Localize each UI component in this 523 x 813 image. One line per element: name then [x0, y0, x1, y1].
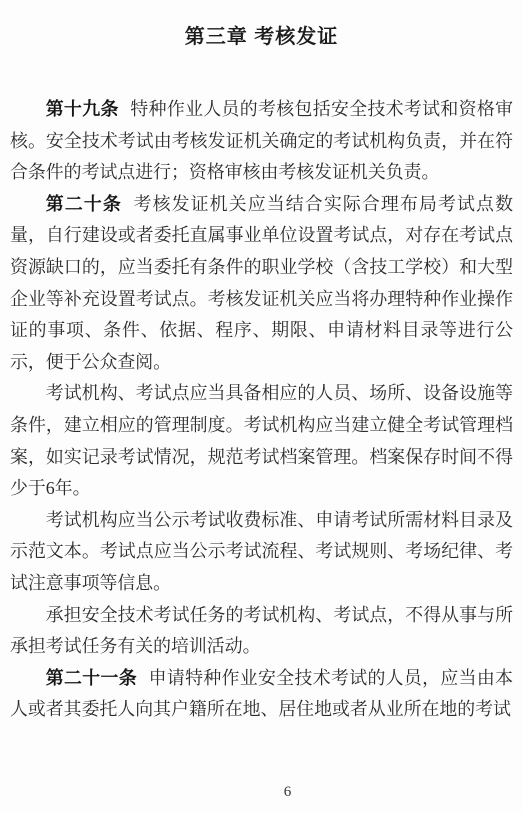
paragraph-text: 承担安全技术考试任务的考试机构、考试点，不得从事与所承担考试任务有关的培训活动。	[10, 605, 513, 657]
chapter-title: 第三章 考核发证	[10, 26, 513, 48]
article-paragraph: 第二十一条申请特种作业安全技术考试的人员，应当由本人或者其委托人向其户籍所在地、…	[10, 663, 513, 726]
article-paragraph: 第十九条特种作业人员的考核包括安全技术考试和资格审核。安全技术考试由考核发证机关…	[10, 94, 513, 189]
paragraph-text: 考试机构应当公示考试收费标准、申请考试所需材料目录及示范文本。考试点应当公示考试…	[10, 510, 513, 593]
document-page: 第三章 考核发证 第十九条特种作业人员的考核包括安全技术考试和资格审核。安全技术…	[0, 0, 523, 813]
article-paragraph: 承担安全技术考试任务的考试机构、考试点，不得从事与所承担考试任务有关的培训活动。	[10, 600, 513, 663]
paragraph-text: 考试机构、考试点应当具备相应的人员、场所、设备设施等条件，建立相应的管理制度。考…	[10, 383, 513, 498]
article-paragraph: 考试机构、考试点应当具备相应的人员、场所、设备设施等条件，建立相应的管理制度。考…	[10, 378, 513, 504]
article-paragraph: 第二十条考核发证机关应当结合实际合理布局考试点数量，自行建设或者委托直属事业单位…	[10, 189, 513, 379]
paragraph-text: 考核发证机关应当结合实际合理布局考试点数量，自行建设或者委托直属事业单位设置考试…	[10, 194, 513, 372]
article-number-label: 第二十一条	[46, 668, 137, 688]
article-number-label: 第十九条	[46, 99, 119, 119]
article-paragraph: 考试机构应当公示考试收费标准、申请考试所需材料目录及示范文本。考试点应当公示考试…	[10, 505, 513, 600]
page-number: 6	[26, 784, 523, 801]
article-number-label: 第二十条	[46, 194, 122, 214]
document-body: 第十九条特种作业人员的考核包括安全技术考试和资格审核。安全技术考试由考核发证机关…	[10, 94, 513, 726]
